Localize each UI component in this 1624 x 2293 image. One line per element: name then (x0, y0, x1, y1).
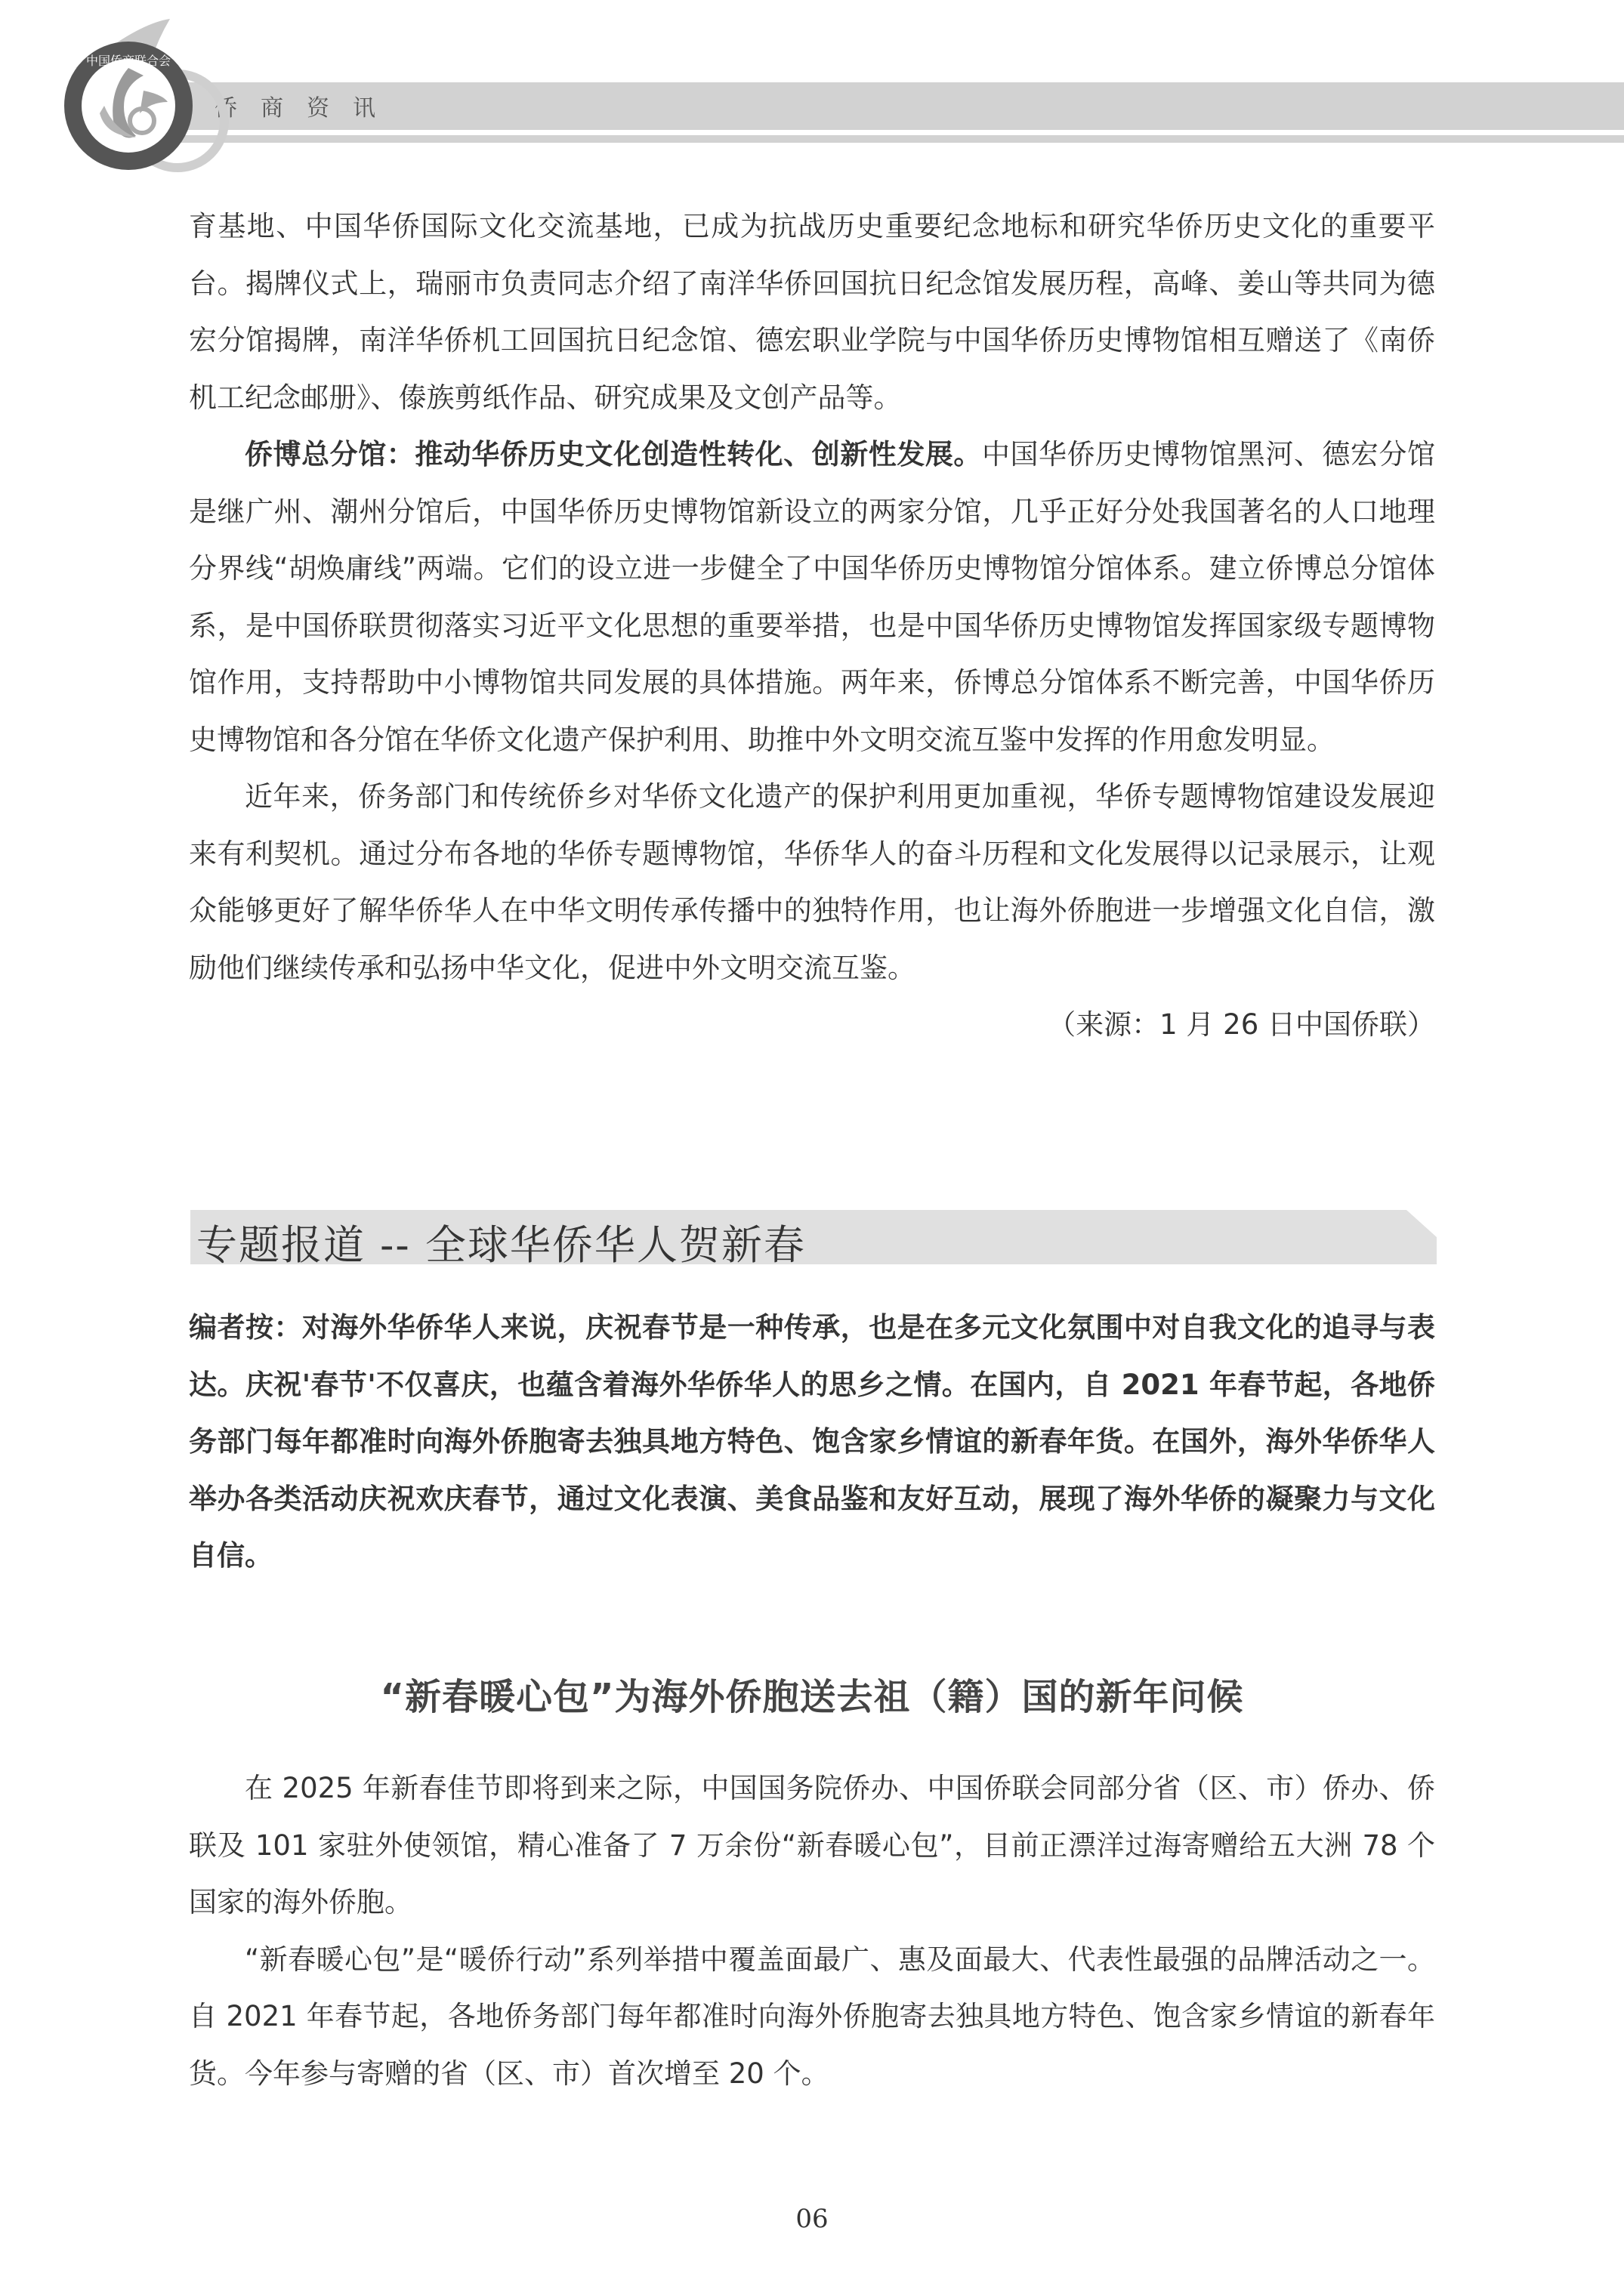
page-header: 中国侨商资讯 中国侨商联合会 (0, 0, 1624, 189)
section-title: 专题报道 -- 全球华侨华人贺新春 (196, 1213, 806, 1271)
paragraph: 在 2025 年新春佳节即将到来之际，中国国务院侨办、中国侨联会同部分省（区、市… (189, 1760, 1435, 1931)
section-banner: 专题报道 -- 全球华侨华人贺新春 (190, 1210, 1437, 1264)
header-rule (106, 135, 1624, 143)
logo-ring-text-cn: 中国侨商联合会 (86, 54, 171, 68)
editor-note: 编者按：对海外华侨华人来说，庆祝春节是一种传承，也是在多元文化氛围中对自我文化的… (189, 1299, 1435, 1585)
article-title: “新春暖心包”为海外侨胞送去祖（籍）国的新年问候 (0, 1668, 1624, 1720)
subsection-heading: 侨博总分馆：推动华侨历史文化创造性转化、创新性发展。 (245, 438, 982, 471)
paragraph: “新春暖心包”是“暖侨行动”系列举措中覆盖面最广、惠及面最大、代表性最强的品牌活… (189, 1931, 1435, 2103)
previous-article: 育基地、中国华侨国际文化交流基地，已成为抗战历史重要纪念地标和研究华侨历史文化的… (189, 198, 1435, 1054)
article-body: 在 2025 年新春佳节即将到来之际，中国国务院侨办、中国侨联会同部分省（区、市… (189, 1760, 1435, 2102)
organization-logo-icon: 中国侨商联合会 (30, 8, 242, 181)
paragraph: 育基地、中国华侨国际文化交流基地，已成为抗战历史重要纪念地标和研究华侨历史文化的… (189, 198, 1435, 426)
subsection-text: 中国华侨历史博物馆黑河、德宏分馆是继广州、潮州分馆后，中国华侨历史博物馆新设立的… (189, 438, 1435, 756)
article-source: （来源：1 月 26 日中国侨联） (189, 996, 1435, 1054)
page-number: 06 (0, 2204, 1624, 2234)
closing-paragraph: 近年来，侨务部门和传统侨乡对华侨文化遗产的保护利用更加重视，华侨专题博物馆建设发… (189, 768, 1435, 996)
subsection-paragraph: 侨博总分馆：推动华侨历史文化创造性转化、创新性发展。中国华侨历史博物馆黑河、德宏… (189, 426, 1435, 768)
